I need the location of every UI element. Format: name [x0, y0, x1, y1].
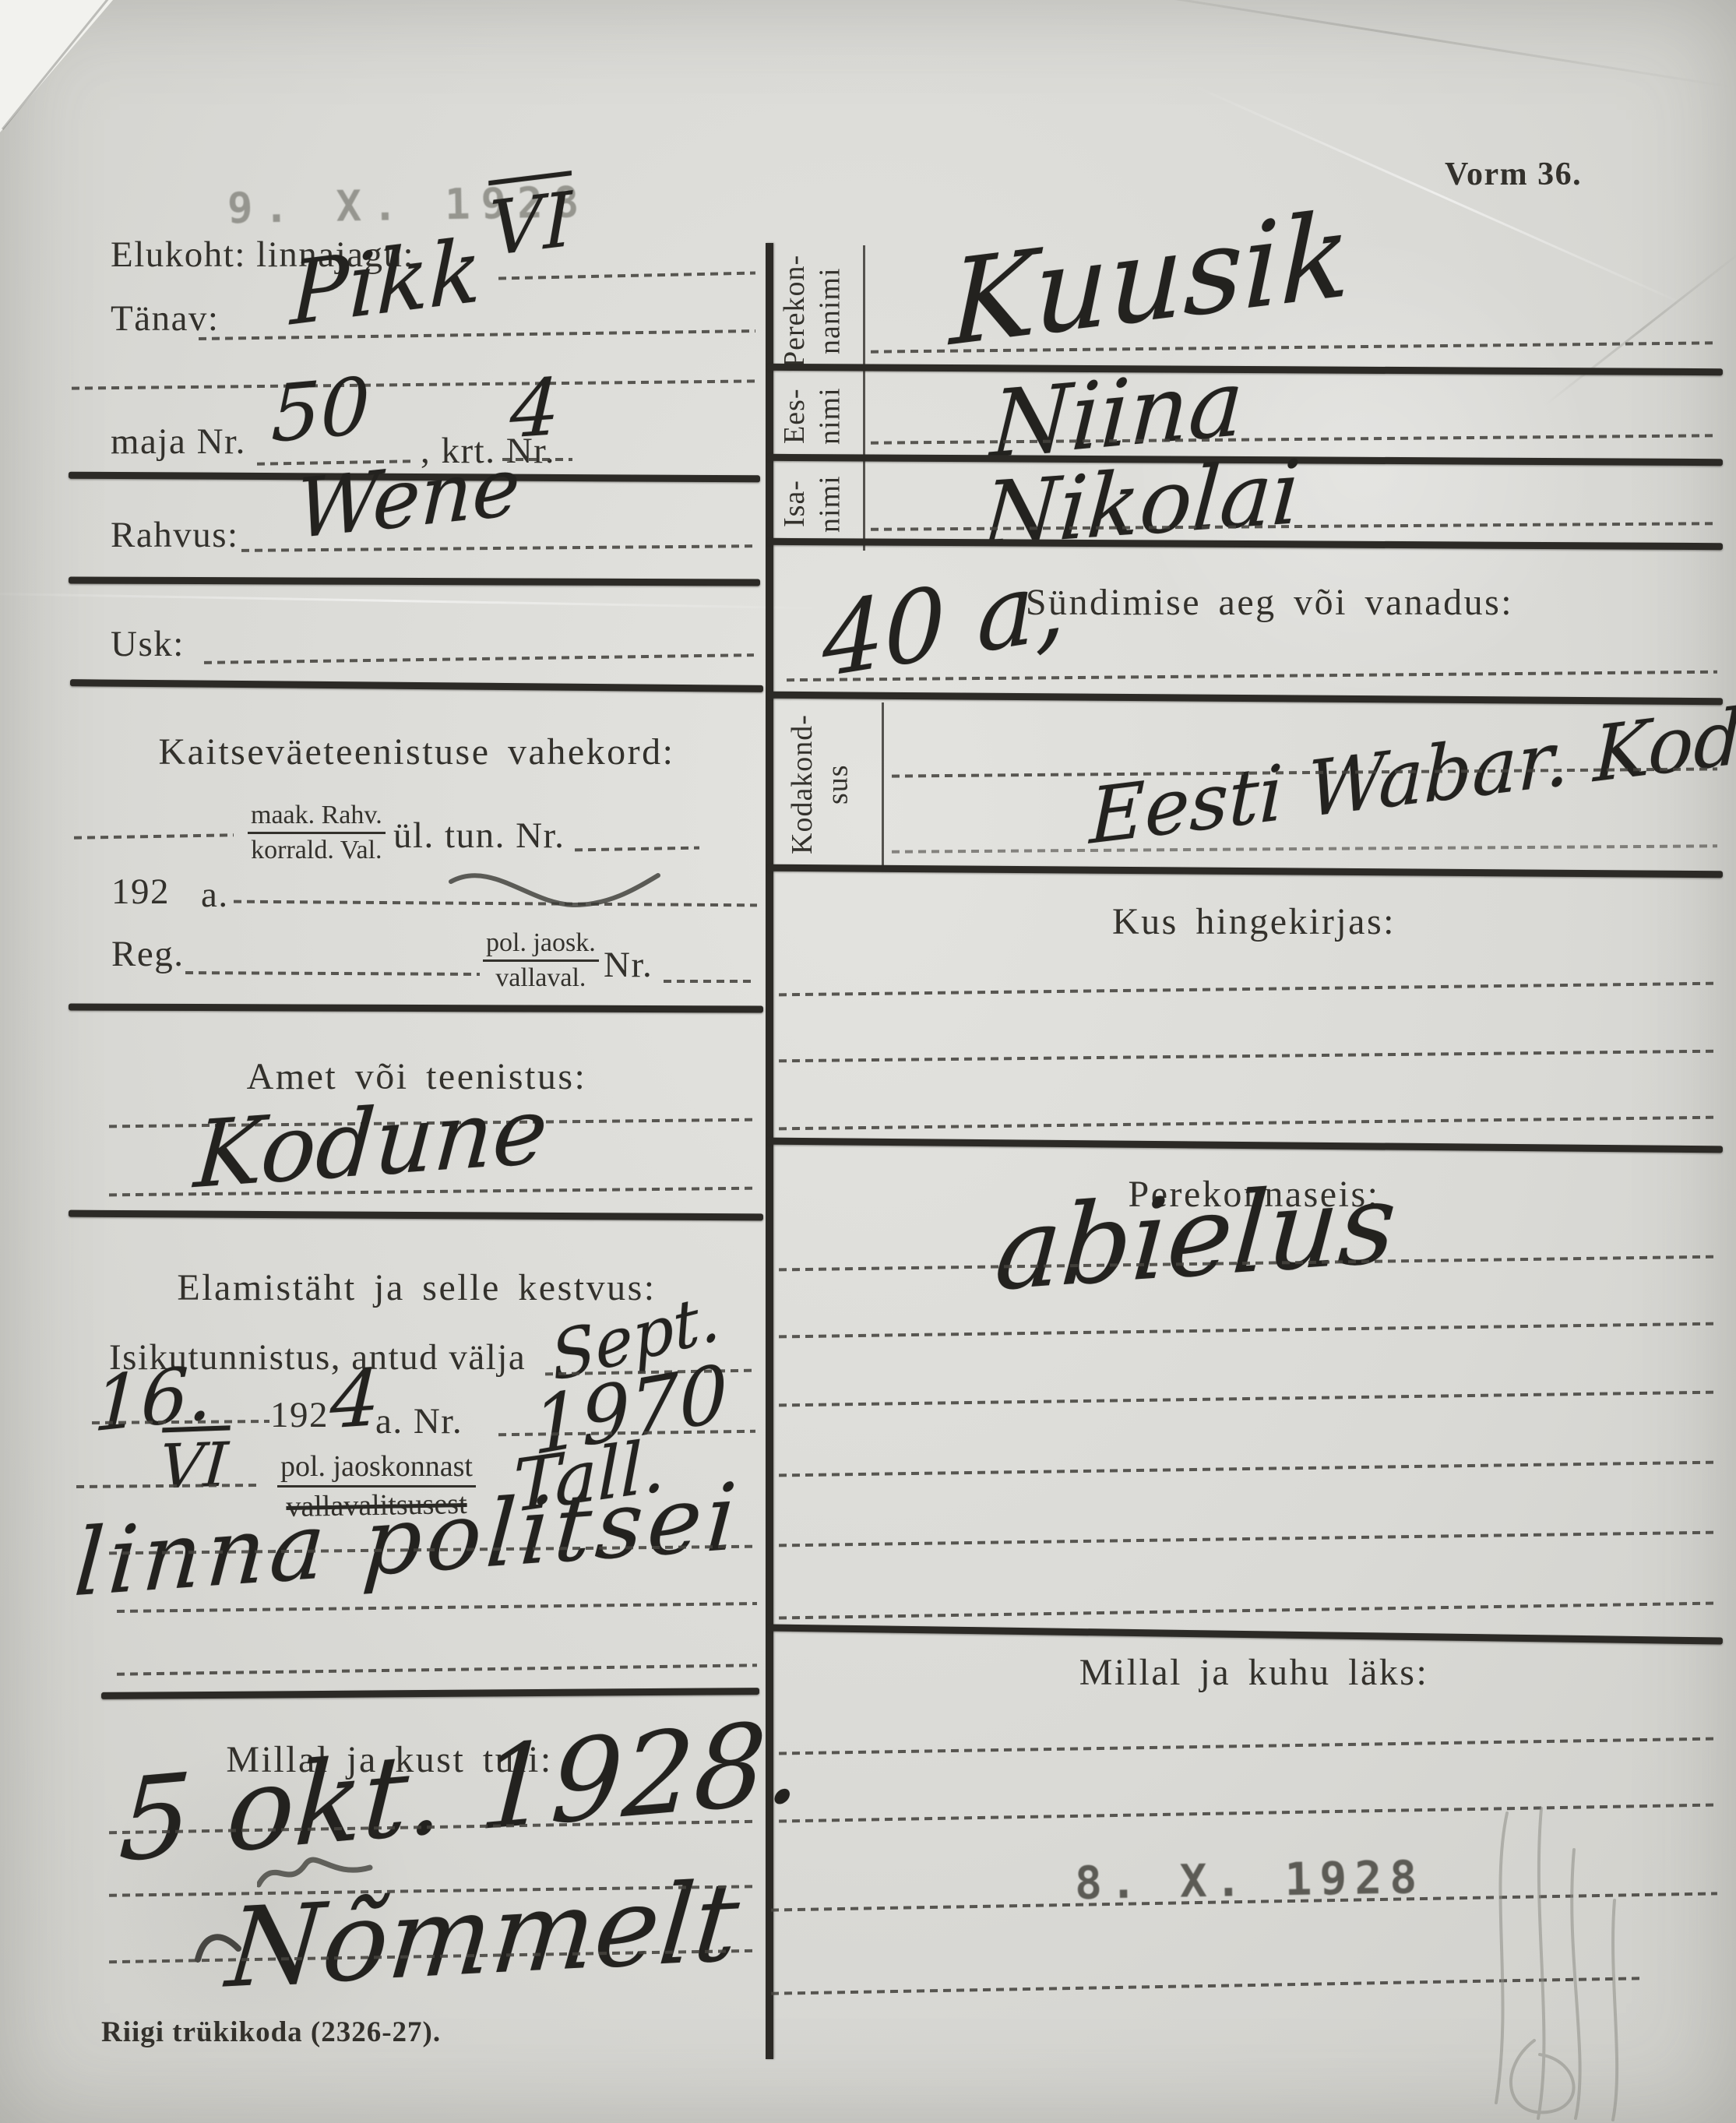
dotted-line	[185, 971, 480, 976]
pencil-scribble	[1476, 1807, 1686, 2123]
fraction-pol-jaosk: pol. jaosk. vallaval.	[483, 928, 599, 993]
fraction-bottom: korrald. Val.	[248, 834, 386, 865]
dotted-line	[664, 980, 755, 983]
a-nr-label: a. Nr.	[375, 1400, 463, 1442]
dotted-line	[892, 844, 1717, 853]
fraction-top: pol. jaosk.	[483, 928, 599, 962]
printer-footer: Riigi trükikoda (2326-27).	[101, 2016, 441, 2049]
eesnimi-label: Ees- nimi	[777, 375, 861, 457]
dotted-line	[779, 1391, 1717, 1407]
dotted-line	[779, 1050, 1717, 1063]
issue-year-printed: 192	[270, 1394, 329, 1436]
dotted-line	[204, 653, 754, 664]
a-label: a.	[201, 874, 229, 916]
perekonnaseis-value: abielus	[991, 1158, 1400, 1315]
rule-line	[101, 1688, 759, 1699]
usk-label: Usk:	[111, 623, 185, 665]
hingekiri-label: Kus hingekirjas:	[841, 900, 1667, 943]
rule-line	[69, 1003, 763, 1012]
rule-line	[768, 538, 1723, 550]
district-value: VI	[157, 1430, 230, 1502]
crease-line	[1544, 251, 1736, 406]
dotted-line	[498, 272, 755, 280]
ul-tun-nr-label: ül. tun. Nr.	[393, 815, 565, 857]
rule-line	[69, 576, 760, 586]
fraction-maak-rahv: maak. Rahv. korrald. Val.	[248, 801, 386, 865]
rule-line	[768, 692, 1723, 706]
tanav-label: Tänav:	[111, 298, 220, 340]
millal-laks-header: Millal ja kuhu läks:	[841, 1651, 1667, 1694]
arrival-date-value: 5 okt. 1928.	[116, 1695, 805, 1888]
fraction-top: maak. Rahv.	[248, 801, 386, 834]
rule-line	[70, 679, 763, 692]
elukoht-value: VI	[488, 175, 572, 273]
dotted-line	[199, 329, 755, 340]
kodakondsus-label: Kodakond- sus	[785, 701, 877, 868]
year-192-label: 192	[111, 871, 170, 913]
rahvus-value: Wene	[295, 438, 522, 557]
dotted-line	[779, 1461, 1717, 1477]
rule-line	[768, 1138, 1723, 1153]
reg-label: Reg.	[111, 933, 184, 975]
fraction-top: pol. jaoskonnast	[277, 1450, 476, 1488]
reg-nr-label: Nr.	[604, 944, 653, 986]
crease-line	[1040, 0, 1732, 88]
maja-nr-value: 50	[270, 360, 371, 460]
dotted-line	[779, 1531, 1717, 1547]
label-divider	[863, 245, 865, 551]
dotted-line	[779, 1116, 1717, 1131]
dotted-line	[779, 1602, 1717, 1620]
issue-year-hw: 4	[329, 1351, 382, 1446]
arrival-from-value: Nõmmelt	[222, 1858, 744, 2012]
rule-line	[768, 864, 1723, 878]
dotted-line	[117, 1664, 757, 1675]
isanimi-label: Isa- nimi	[777, 464, 861, 544]
scanned-form-vorm36: Vorm 36. 9. X. 1928 Elukoht: linnajagu: …	[0, 0, 1736, 2123]
pen-wave-stroke	[448, 866, 662, 913]
crease-line	[0, 592, 826, 609]
form-number: Vorm 36.	[1445, 156, 1582, 193]
column-divider	[766, 243, 773, 2059]
dotted-line	[779, 982, 1717, 997]
dotted-line	[72, 379, 755, 389]
rule-line	[69, 1210, 763, 1221]
dotted-line	[779, 1322, 1717, 1339]
dotted-line	[575, 847, 699, 852]
kaitse-header: Kaitseväeteenistuse vahekord:	[66, 731, 767, 773]
dotted-line	[779, 1737, 1717, 1755]
fraction-bottom: vallaval.	[483, 962, 599, 993]
rahvus-label: Rahvus:	[111, 514, 239, 556]
perekonnanimi-label: Perekon- nanimi	[777, 251, 861, 371]
label-divider	[882, 702, 884, 868]
perekonnanimi-value: Kuusik	[949, 187, 1351, 373]
rule-line	[768, 1624, 1723, 1644]
rule-line	[768, 364, 1723, 375]
dotted-line	[74, 833, 234, 840]
maja-nr-label: maja Nr.	[111, 421, 246, 463]
